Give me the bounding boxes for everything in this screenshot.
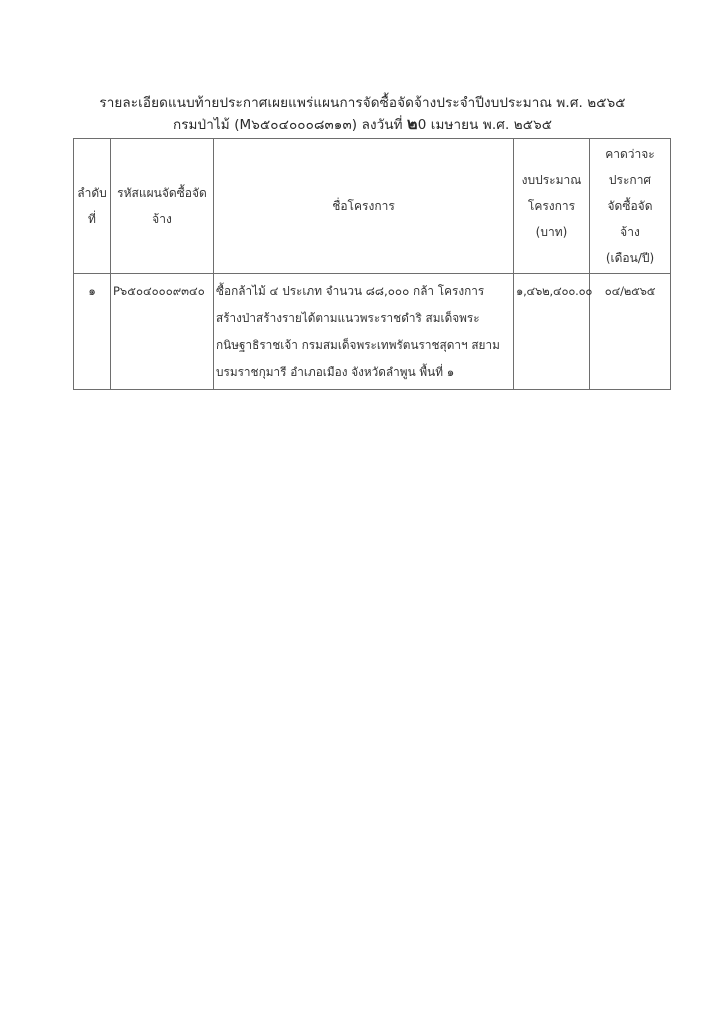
row-budget: ๑,๔๖๒,๔๐๐.๐๐ [514,274,590,390]
header-line: ประกาศ [592,167,668,193]
header-no: ลำดับ ที่ [74,139,111,274]
header-line: โครงการ [516,193,587,219]
project-name-line: กนิษฐาธิราชเจ้า กรมสมเด็จพระเทพรัตนราชสุ… [216,332,511,359]
header-budget: งบประมาณ โครงการ (บาท) [514,139,590,274]
project-name-line: สร้างป่าสร้างรายได้ตามแนวพระราชดำริ สมเด… [216,305,511,332]
table-row: ๑ P๖๕๐๔๐๐๐๙๓๔๐ ซื้อกล้าไม้ ๔ ประเภท จำนว… [74,274,671,390]
header-line: (บาท) [516,219,587,245]
header-line: จัดซื้อจัด [592,193,668,219]
row-project-name: ซื้อกล้าไม้ ๔ ประเภท จำนวน ๘๘,๐๐๐ กล้า โ… [214,274,514,390]
header-line: ชื่อโครงการ [216,193,511,219]
header-project-name: ชื่อโครงการ [214,139,514,274]
header-expected-announce: คาดว่าจะ ประกาศ จัดซื้อจัด จ้าง (เดือน/ป… [590,139,671,274]
header-line: ที่ [76,206,108,232]
procurement-plan-table: ลำดับ ที่ รหัสแผนจัดซื้อจัด จ้าง ชื่อโคร… [73,138,671,390]
header-line: รหัสแผนจัดซื้อจัด [113,180,211,206]
header-line: ลำดับ [76,180,108,206]
subtitle-prefix: กรมป่าไม้ (M๖๕๐๔๐๐๐๘๓๑๓) ลงวันที่ [173,117,407,133]
header-line: จ้าง [113,206,211,232]
document-title: รายละเอียดแนบท้ายประกาศเผยแพร่แผนการจัดซ… [0,91,725,113]
project-name-line: บรมราชกุมารี อำเภอเมือง จังหวัดลำพูน พื้… [216,359,511,386]
row-no: ๑ [74,274,111,390]
stamped-date-digit: ๒ [407,114,418,133]
project-name-line: ซื้อกล้าไม้ ๔ ประเภท จำนวน ๘๘,๐๐๐ กล้า โ… [216,278,511,305]
table-header-row: ลำดับ ที่ รหัสแผนจัดซื้อจัด จ้าง ชื่อโคร… [74,139,671,274]
subtitle-suffix: 0 เมษายน พ.ศ. ๒๕๖๕ [418,117,552,133]
header-line: งบประมาณ [516,167,587,193]
row-expected-announce: ๐๔/๒๕๖๕ [590,274,671,390]
header-line: จ้าง [592,219,668,245]
header-plan-code: รหัสแผนจัดซื้อจัด จ้าง [111,139,214,274]
header-line: (เดือน/ปี) [592,245,668,271]
header-line: คาดว่าจะ [592,141,668,167]
document-subtitle: กรมป่าไม้ (M๖๕๐๔๐๐๐๘๓๑๓) ลงวันที่ ๒0 เมษ… [0,112,725,137]
row-plan-code: P๖๕๐๔๐๐๐๙๓๔๐ [111,274,214,390]
